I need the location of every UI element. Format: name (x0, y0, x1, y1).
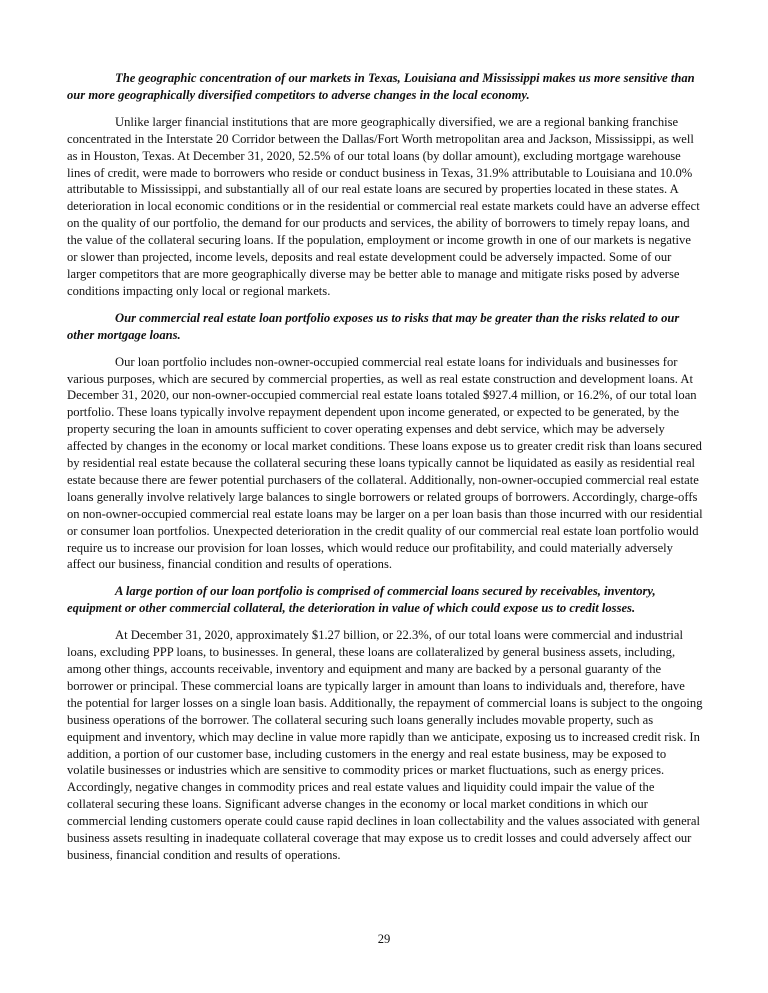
risk-factor-commercial-real-estate: Our commercial real estate loan portfoli… (67, 310, 703, 574)
section-heading: The geographic concentration of our mark… (67, 70, 703, 104)
risk-factor-geographic-concentration: The geographic concentration of our mark… (67, 70, 703, 300)
section-paragraph: Unlike larger financial institutions tha… (67, 114, 703, 300)
document-page: The geographic concentration of our mark… (67, 70, 703, 874)
section-paragraph: Our loan portfolio includes non-owner-oc… (67, 354, 703, 574)
section-heading: A large portion of our loan portfolio is… (67, 583, 703, 617)
risk-factor-commercial-loans: A large portion of our loan portfolio is… (67, 583, 703, 864)
section-paragraph: At December 31, 2020, approximately $1.2… (67, 627, 703, 864)
page-number: 29 (0, 932, 768, 947)
section-heading: Our commercial real estate loan portfoli… (67, 310, 703, 344)
